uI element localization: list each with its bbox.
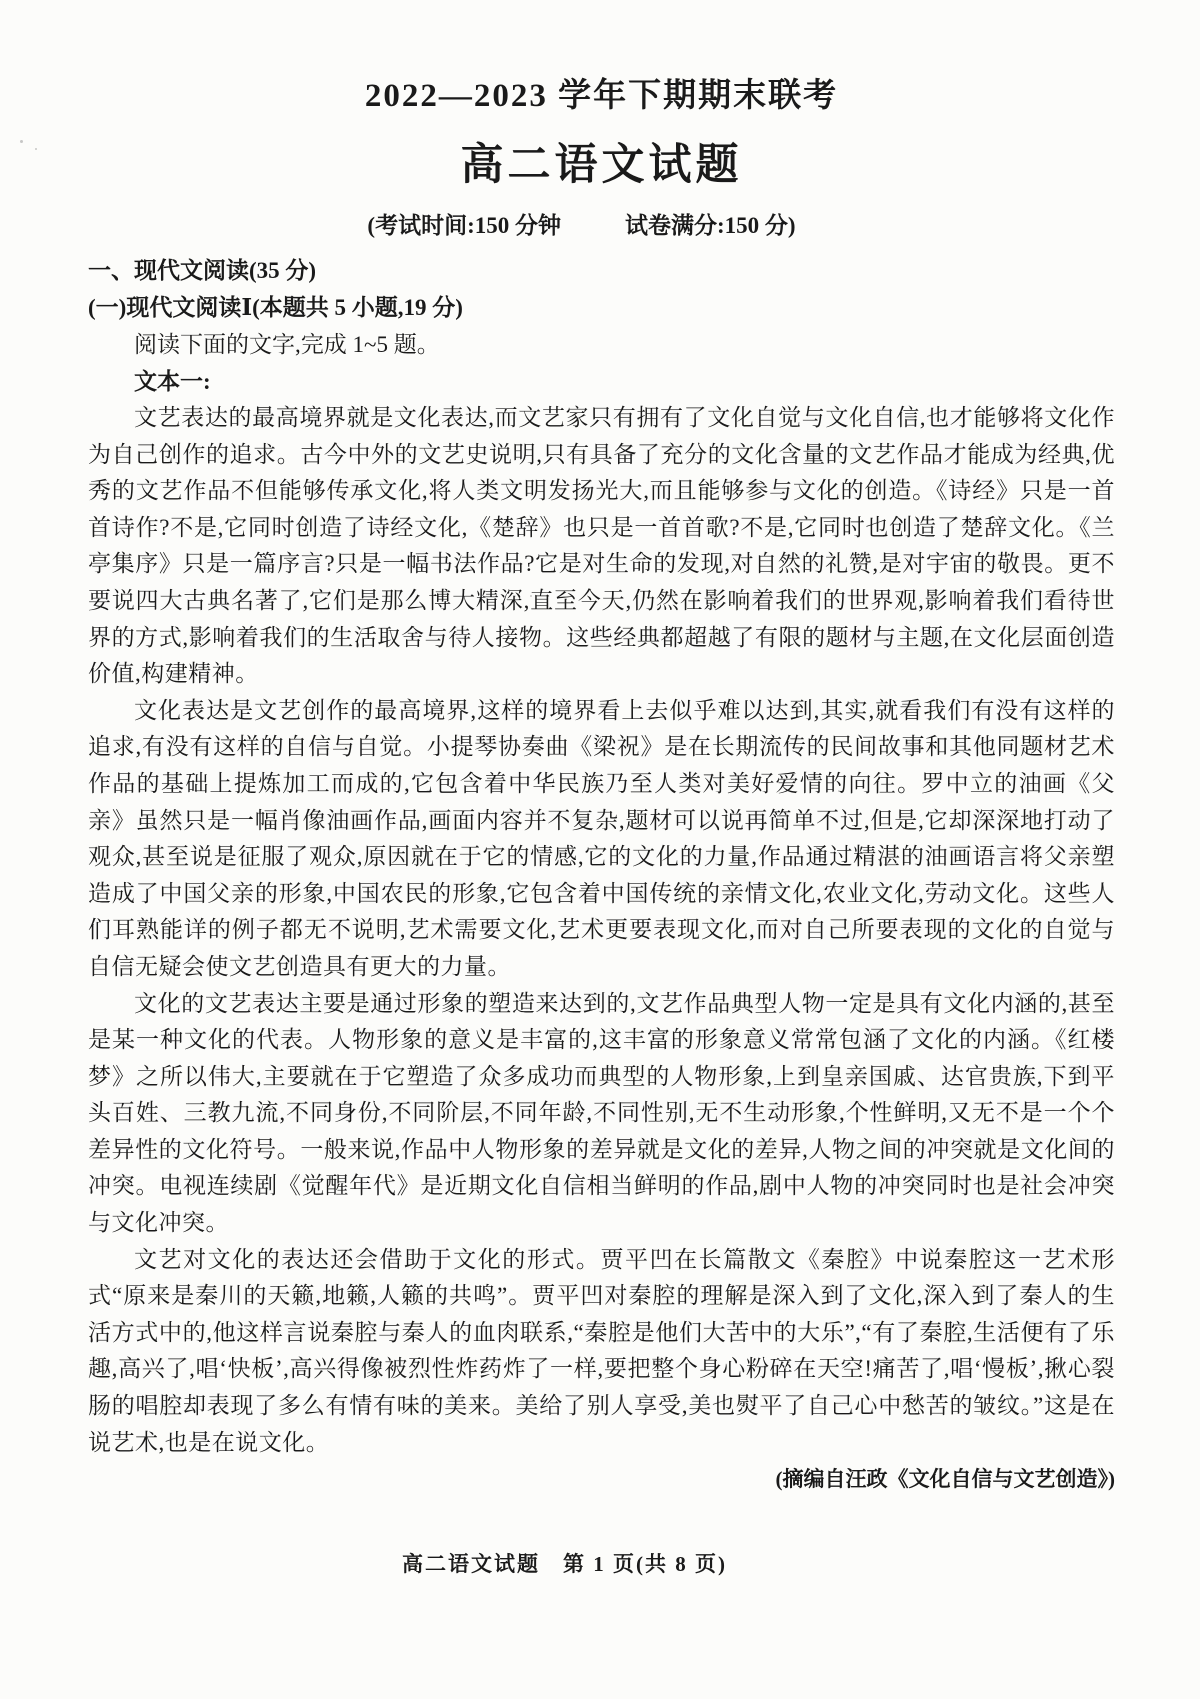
full-score-text: 试卷满分:150 分) [625,212,796,240]
text-one-label: 文本一: [88,363,1115,400]
passage-paragraph: 文化的文艺表达主要是通过形象的塑造来达到的,文艺作品典型人物一定是具有文化内涵的… [88,986,1115,1242]
passage-paragraph: 文化表达是文艺创作的最高境界,这样的境界看上去似乎难以达到,其实,就看我们有没有… [88,693,1115,986]
scan-noise-speck [20,140,23,143]
passage-paragraph: 文艺对文化的表达还会借助于文化的形式。贾平凹在长篇散文《秦腔》中说秦腔这一艺术形… [88,1242,1115,1462]
paper-header: 2022—2023 学年下期期末联考 高二语文试题 (考试时间:150 分钟 试… [88,76,1115,240]
reading-instruction: 阅读下面的文字,完成 1~5 题。 [88,326,1115,363]
paper-title: 高二语文试题 [88,142,1115,190]
section-headings: 一、现代文阅读(35 分) (一)现代文阅读Ⅰ(本题共 5 小题,19 分) 阅… [88,252,1115,400]
scan-noise-speck [530,595,532,597]
section-heading: 一、现代文阅读(35 分) [88,252,1115,289]
passage-attribution: (摘编自汪政《文化自信与文艺创造》) [88,1461,1115,1498]
passage-paragraph: 文艺表达的最高境界就是文化表达,而文艺家只有拥有了文化自觉与文化自信,也才能够将… [88,400,1115,693]
exam-time-text: (考试时间:150 分钟 [367,212,561,240]
subsection-heading: (一)现代文阅读Ⅰ(本题共 5 小题,19 分) [88,289,1115,326]
scan-noise-speck [35,148,37,150]
exam-info-line: (考试时间:150 分钟 试卷满分:150 分) [68,212,1095,240]
page-footer: 高二语文试题 第 1 页(共 8 页) [51,1548,1078,1578]
exam-session-title: 2022—2023 学年下期期末联考 [88,76,1115,116]
exam-paper-page: 2022—2023 学年下期期末联考 高二语文试题 (考试时间:150 分钟 试… [0,0,1200,1699]
passage-body: 文艺表达的最高境界就是文化表达,而文艺家只有拥有了文化自觉与文化自信,也才能够将… [88,400,1115,1498]
